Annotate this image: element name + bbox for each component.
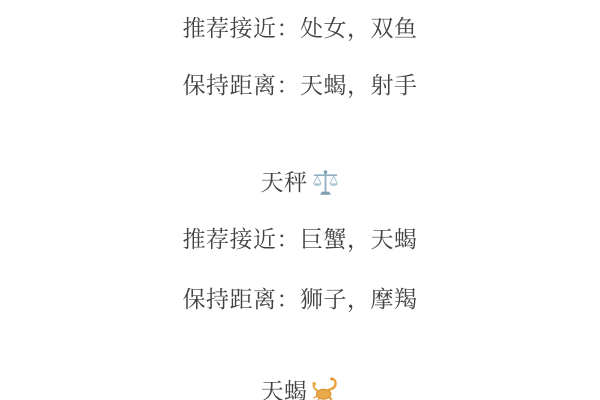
keep-distance-line-scorpio-sagittarius: 保持距离：天蝎，射手	[0, 73, 600, 99]
keep-distance-line-leo-capricorn: 保持距离：狮子，摩羯	[0, 287, 600, 313]
balance-scale-icon	[311, 168, 340, 197]
section-heading-libra-label: 天秤	[261, 170, 308, 196]
section-heading-scorpio: 天蝎	[0, 377, 600, 400]
recommend-close-line-virgo-pisces: 推荐接近：处女，双鱼	[0, 16, 600, 42]
article-page: 推荐接近：处女，双鱼 保持距离：天蝎，射手 天秤 推荐接近：巨蟹，天蝎 保持距离…	[0, 0, 600, 400]
section-heading-libra: 天秤	[0, 168, 600, 197]
section-heading-scorpio-label: 天蝎	[261, 379, 308, 400]
scorpion-icon	[311, 377, 340, 400]
recommend-close-line-cancer-scorpio: 推荐接近：巨蟹，天蝎	[0, 227, 600, 253]
